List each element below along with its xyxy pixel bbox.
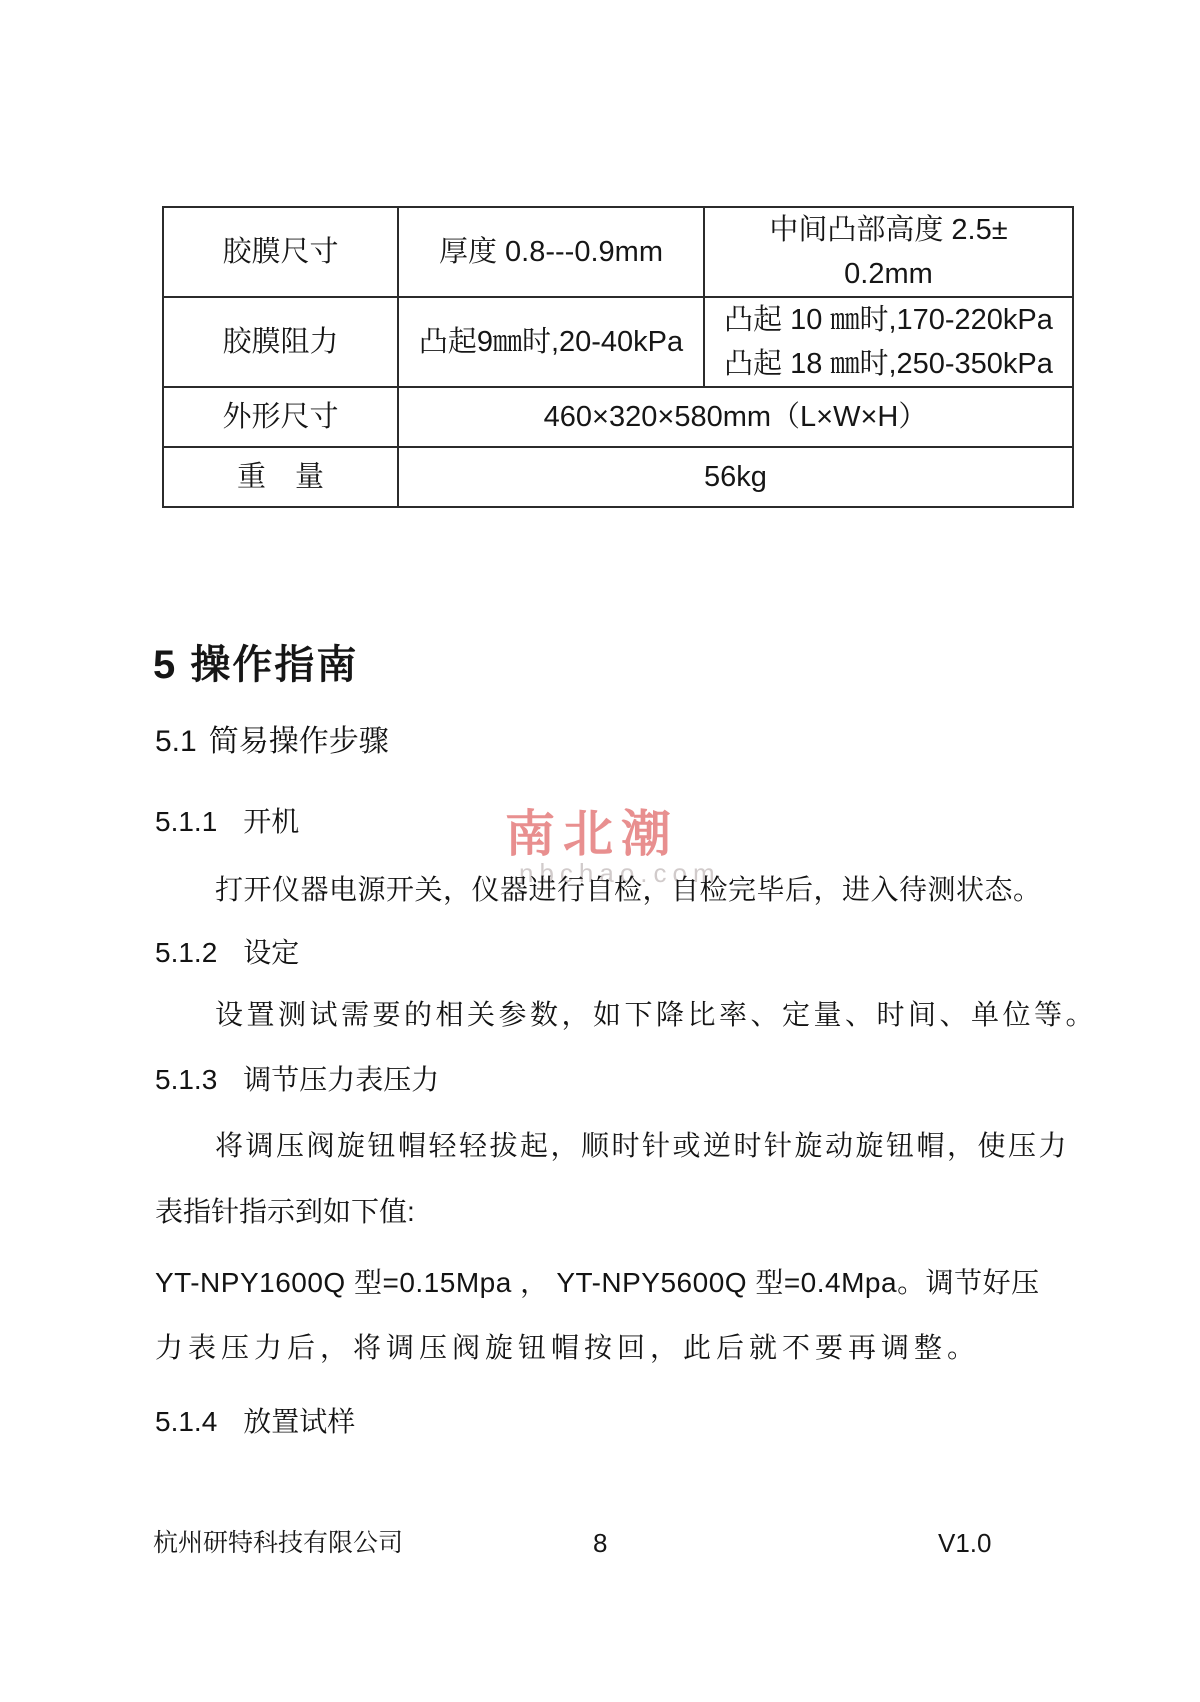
- spec-value-weight: 56kg: [398, 447, 1073, 507]
- table-row: 胶膜尺寸 厚度 0.8---0.9mm 中间凸部高度 2.5± 0.2mm: [163, 207, 1073, 297]
- section-number: 5.1.1: [155, 802, 217, 842]
- section-number: 5.1: [155, 722, 197, 762]
- section-title: 调节压力表压力: [243, 1064, 439, 1095]
- section-heading-5-1-3: 5.1.3调节压力表压力: [155, 1060, 439, 1100]
- section-heading-5-1-1: 5.1.1开机: [155, 802, 299, 842]
- paragraph-pressure-line1: 将调压阀旋钮帽轻轻拔起，顺时针或逆时针旋动旋钮帽，使压力: [215, 1126, 1069, 1166]
- table-row: 胶膜阻力 凸起9㎜时,20-40kPa 凸起 10 ㎜时,170-220kPa …: [163, 297, 1073, 387]
- paragraph-power-on: 打开仪器电源开关，仪器进行自检，自检完毕后，进入待测状态。: [215, 870, 1042, 910]
- spec-label-film-resistance: 胶膜阻力: [163, 297, 398, 387]
- section-title: 设定: [243, 937, 299, 968]
- table-row: 重 量 56kg: [163, 447, 1073, 507]
- section-number: 5.1.3: [155, 1060, 217, 1100]
- section-heading-5-1-2: 5.1.2设定: [155, 933, 299, 973]
- footer-version: V1.0: [938, 1526, 992, 1560]
- spec-value-thickness: 厚度 0.8---0.9mm: [398, 207, 704, 297]
- spec-value-resistance-10-18mm: 凸起 10 ㎜时,170-220kPa 凸起 18 ㎜时,250-350kPa: [704, 297, 1073, 387]
- spec-value-line: 凸起 10 ㎜时,170-220kPa: [711, 298, 1066, 342]
- watermark: 南北潮 nbchao.com: [505, 808, 805, 860]
- spec-value-line: 中间凸部高度 2.5±: [711, 208, 1066, 252]
- spec-value-line: 0.2mm: [711, 252, 1066, 296]
- section-heading-5-1: 5.1简易操作步骤: [155, 722, 389, 762]
- footer-company: 杭州研特科技有限公司: [153, 1526, 403, 1560]
- paragraph-settings: 设置测试需要的相关参数，如下降比率、定量、时间、单位等。: [215, 995, 1097, 1035]
- paragraph-pressure-models: YT-NPY1600Q 型=0.15Mpa ， YT-NPY5600Q 型=0.…: [155, 1263, 1040, 1303]
- spec-label-weight: 重 量: [163, 447, 398, 507]
- section-title: 开机: [243, 806, 299, 837]
- spec-label-dimensions: 外形尺寸: [163, 387, 398, 447]
- footer-page-number: 8: [593, 1526, 607, 1560]
- watermark-logo-text: 南北潮: [505, 808, 805, 860]
- paragraph-pressure-line4: 力表压力后，将调压阀旋钮帽按回，此后就不要再调整。: [155, 1328, 980, 1368]
- paragraph-pressure-line2: 表指针指示到如下值:: [155, 1192, 415, 1232]
- spec-label-film-size: 胶膜尺寸: [163, 207, 398, 297]
- spec-table: 胶膜尺寸 厚度 0.8---0.9mm 中间凸部高度 2.5± 0.2mm 胶膜…: [162, 206, 1074, 508]
- chapter-heading: 5 操作指南: [153, 637, 358, 693]
- section-number: 5.1.4: [155, 1402, 217, 1442]
- spec-value-line: 凸起 18 ㎜时,250-350kPa: [711, 342, 1066, 386]
- spec-value-resistance-9mm: 凸起9㎜时,20-40kPa: [398, 297, 704, 387]
- section-number: 5.1.2: [155, 933, 217, 973]
- section-title: 简易操作步骤: [209, 725, 389, 758]
- section-title: 放置试样: [243, 1406, 355, 1437]
- section-heading-5-1-4: 5.1.4放置试样: [155, 1402, 355, 1442]
- table-row: 外形尺寸 460×320×580mm（L×W×H）: [163, 387, 1073, 447]
- spec-value-bulge-height: 中间凸部高度 2.5± 0.2mm: [704, 207, 1073, 297]
- spec-value-dimensions: 460×320×580mm（L×W×H）: [398, 387, 1073, 447]
- document-page: 南北潮 nbchao.com 胶膜尺寸 厚度 0.8---0.9mm 中间凸部高…: [0, 0, 1200, 1702]
